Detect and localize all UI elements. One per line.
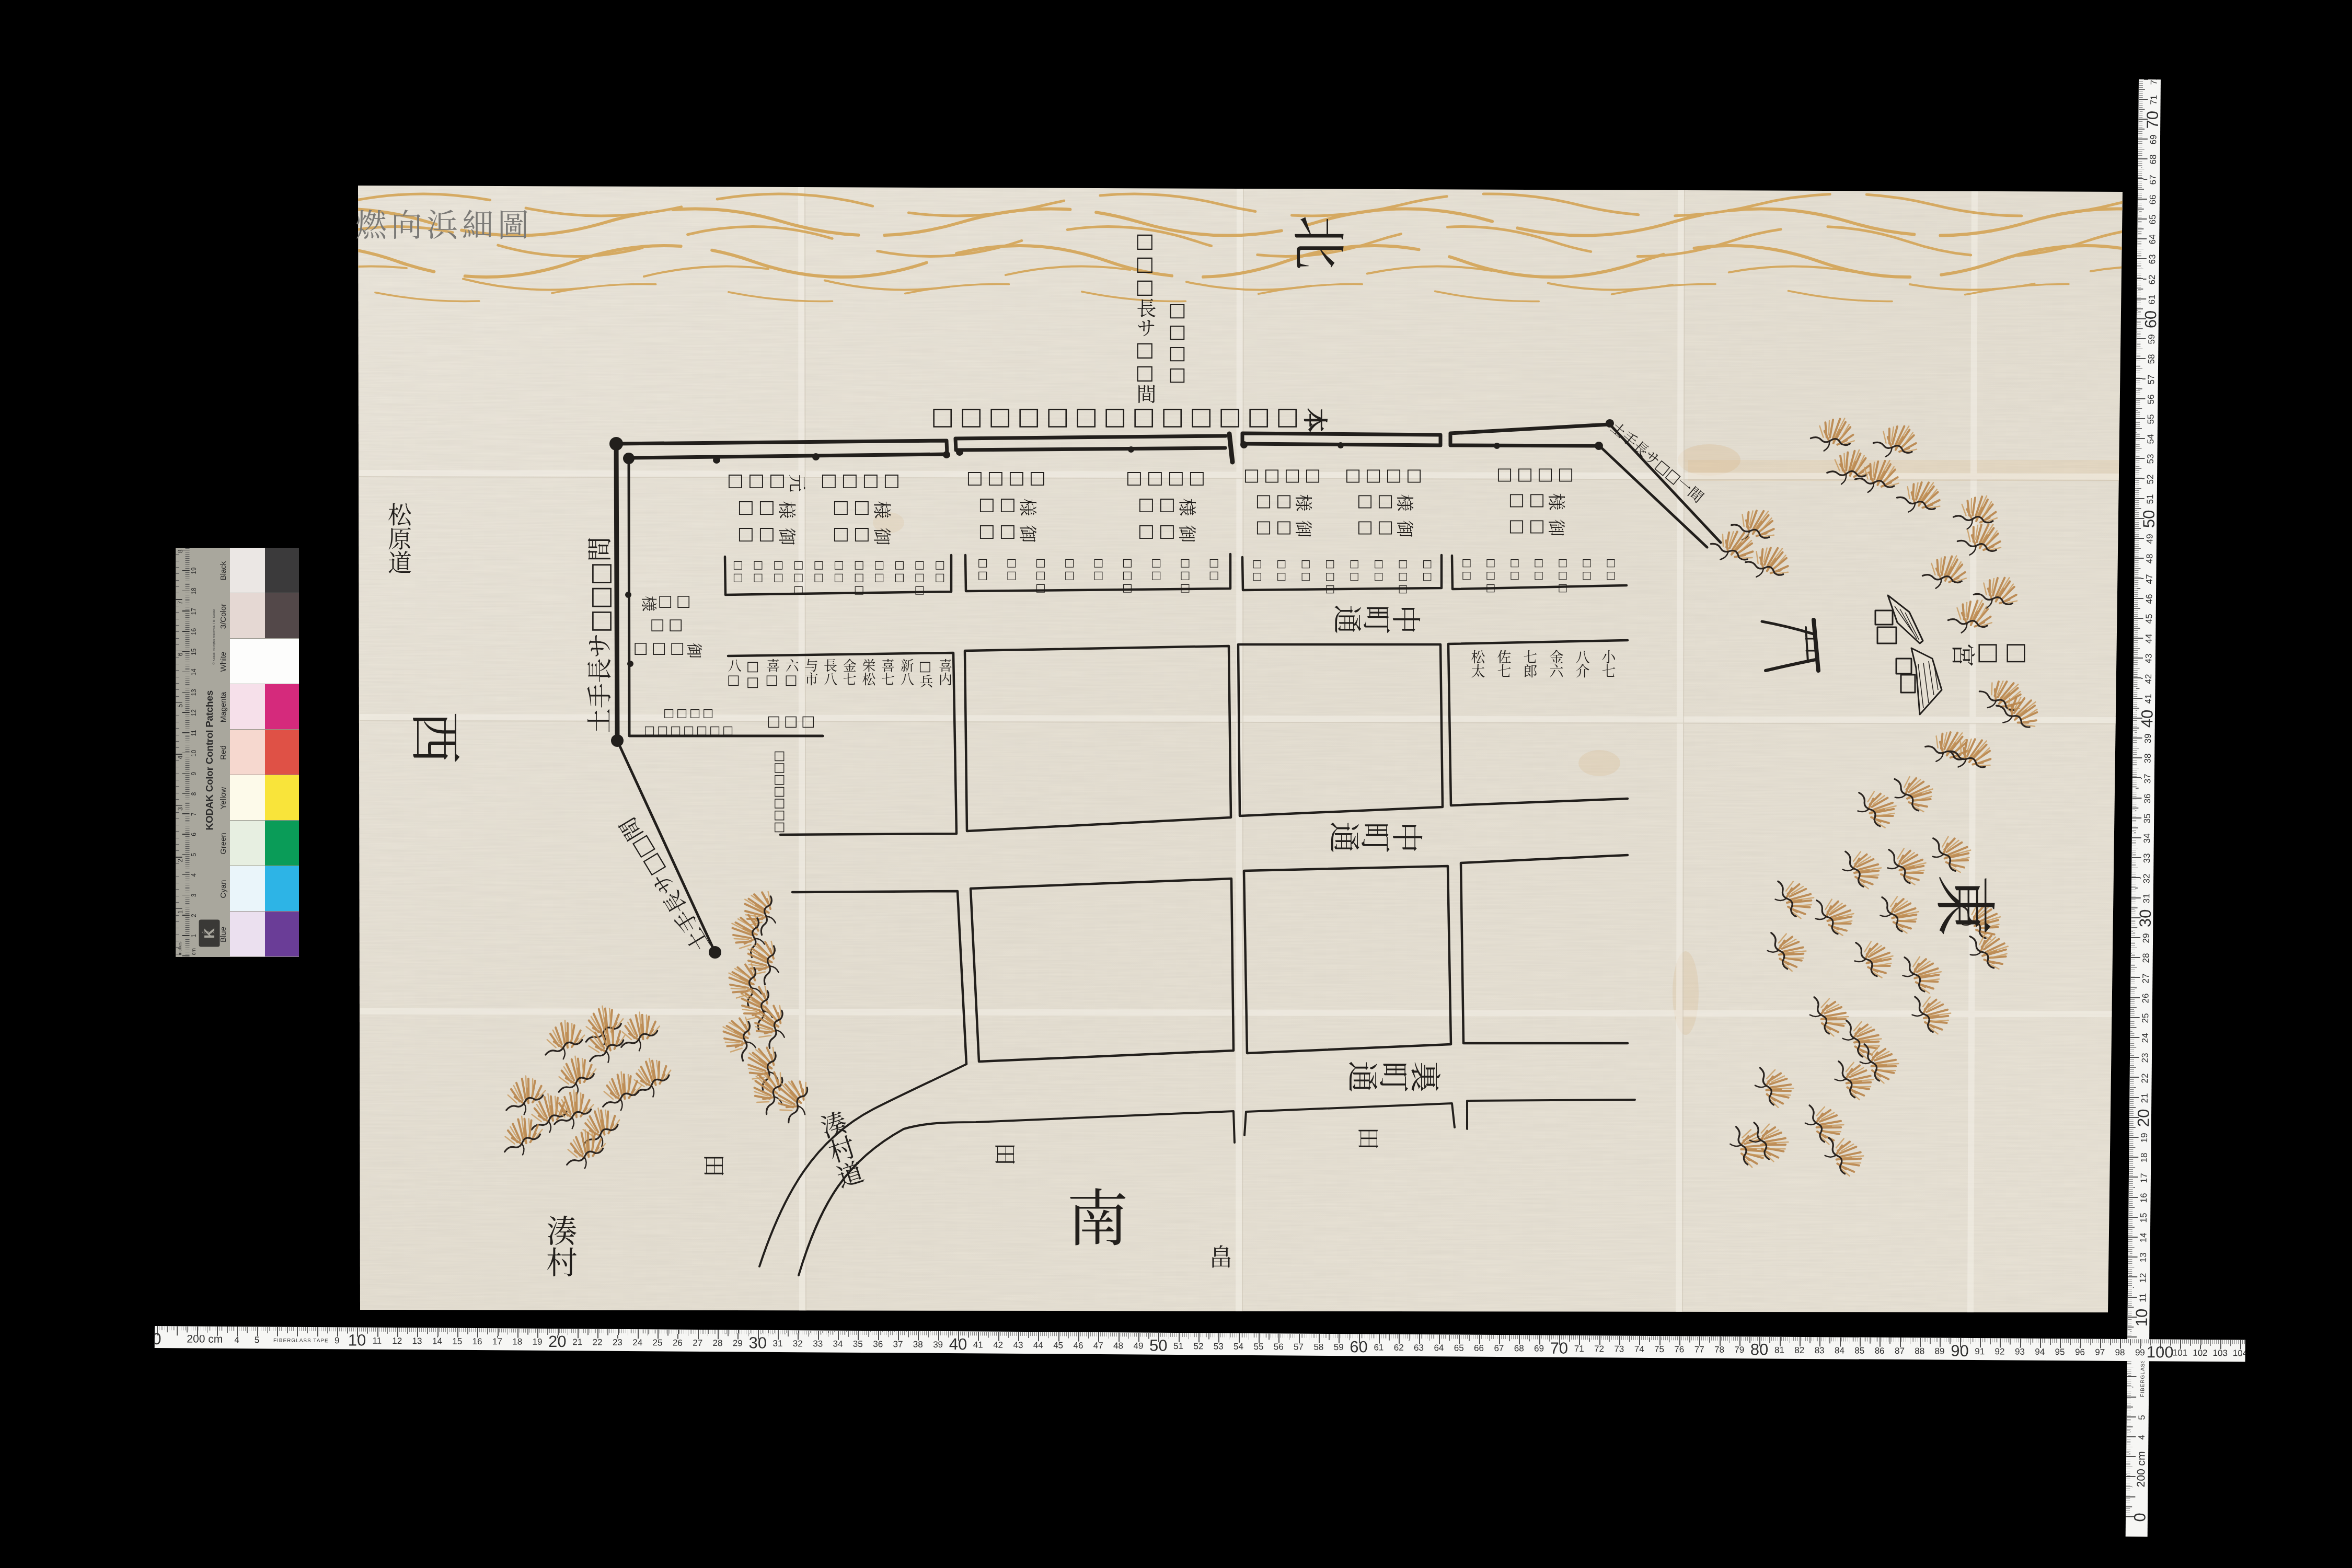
- resident-name: □□: [1006, 556, 1017, 581]
- resident-name: □□□: [1325, 557, 1335, 595]
- resident-name: 金六: [1548, 650, 1562, 678]
- street-ura-machi: 裏町通: [1347, 1058, 1442, 1090]
- tape-label: 54: [1233, 1342, 1243, 1351]
- annotation-line: 御□□: [793, 521, 929, 548]
- tape-label: 69: [2149, 135, 2158, 145]
- tape-label: 100: [2147, 1344, 2174, 1360]
- tape-label: 101: [2173, 1348, 2187, 1357]
- tape-label: 64: [1434, 1343, 1444, 1352]
- tape-label: 72: [2149, 79, 2158, 85]
- tape-label: 14: [432, 1337, 442, 1346]
- resident-name: □□□: [1398, 557, 1408, 595]
- tape-label: 21: [572, 1338, 582, 1346]
- tape-label: 50: [2141, 510, 2157, 528]
- tape-label: 60: [2142, 310, 2159, 329]
- annotation-text: □□□□: [1243, 467, 1324, 485]
- place-minato-village: 湊村: [544, 1215, 575, 1277]
- tape-label: 42: [2144, 674, 2153, 684]
- tape-label: 50: [1149, 1338, 1168, 1354]
- resident-name-list: □□□□□□□□□□□□□□□□□□□□□: [968, 556, 1228, 590]
- annotation-text: 様□□: [1255, 493, 1313, 511]
- resident-name-list: □□□□□□□□□□□□□□□□: [1455, 556, 1623, 586]
- kodak-patch-label: Yellow: [218, 775, 229, 821]
- tape-label: 42: [993, 1341, 1003, 1350]
- tape-label: 62: [1394, 1343, 1404, 1352]
- resident-name: 六□: [784, 659, 798, 688]
- annotation-line: 様□□: [1317, 489, 1453, 515]
- annotation-line: 御□□: [1317, 515, 1453, 541]
- tape-label: 34: [833, 1340, 843, 1348]
- kodak-patch-row: [230, 684, 299, 730]
- tape-label: 17: [2139, 1173, 2148, 1183]
- resident-name: □□□: [854, 558, 864, 596]
- tape-label: 30: [2137, 909, 2153, 928]
- tape-label: 40: [2139, 710, 2155, 728]
- tape-label: 22: [2140, 1073, 2149, 1083]
- tape-label: 104: [2233, 1348, 2245, 1357]
- tape-label: 52: [2146, 474, 2154, 484]
- tape-label: 38: [2143, 754, 2152, 764]
- tape-label: 49: [1133, 1341, 1143, 1350]
- annotation-line: □□様: [599, 590, 735, 613]
- resident-name: □□: [934, 558, 945, 583]
- kodak-inch-number: 7: [176, 601, 183, 604]
- annotation-text: 御□□: [1255, 519, 1313, 536]
- resident-name: □□: [773, 558, 783, 583]
- tape-label: 25: [2141, 1013, 2150, 1023]
- tape-label: 38: [913, 1340, 923, 1349]
- tape-label: 19: [533, 1338, 543, 1346]
- annotation-line: □□: [599, 613, 735, 637]
- resident-name: □□: [1461, 556, 1472, 581]
- kodak-patch-row: [230, 639, 299, 684]
- annotation-text: 様□□: [977, 497, 1037, 514]
- resident-name: 佐七: [1496, 650, 1510, 678]
- kodak-patch-light: [230, 866, 265, 911]
- tape-label: 10: [2134, 1309, 2150, 1327]
- tape-label: 84: [1835, 1346, 1844, 1355]
- annotation-text: □□□□: [965, 470, 1049, 488]
- tape-label: 24: [2141, 1033, 2150, 1043]
- tape-label: 37: [2143, 774, 2152, 783]
- annotation-line: 様□□: [1469, 488, 1605, 514]
- tape-label: 16: [472, 1337, 482, 1346]
- resident-name: 栄松: [861, 659, 874, 686]
- tape-label: 23: [613, 1338, 622, 1347]
- kodak-patch-row: [230, 593, 299, 639]
- tape-label: 13: [2139, 1253, 2148, 1263]
- resident-name: □□: [1422, 557, 1433, 582]
- kodak-patch-grid: [230, 548, 299, 957]
- resident-name: □□: [977, 556, 988, 581]
- tape-label: 58: [1313, 1343, 1323, 1352]
- annotation-line: 御□□: [1469, 514, 1605, 540]
- kodak-patch-label: Black: [218, 548, 229, 593]
- kodak-patch-dark: [265, 912, 299, 956]
- kodak-inch-number: 3: [176, 807, 183, 811]
- street-naka-machi-north: 中町通: [1333, 602, 1421, 631]
- tape-label: 55: [2147, 414, 2155, 424]
- tape-label: 5: [255, 1335, 260, 1344]
- kodak-patch-row: [230, 912, 299, 957]
- tape-label: 46: [2145, 594, 2153, 604]
- tape-label: 11: [2138, 1293, 2147, 1302]
- field-rice-1: 田: [703, 1151, 726, 1174]
- tape-label: 94: [2035, 1347, 2045, 1356]
- kodak-patch-row: [230, 730, 299, 775]
- resident-name: □□: [732, 558, 743, 583]
- annotation-text: 様□□: [832, 499, 891, 517]
- kodak-patch-light: [230, 684, 265, 729]
- tape-label: 71: [2149, 95, 2158, 105]
- tape-label: 10: [348, 1332, 366, 1348]
- tape-label: 28: [2141, 953, 2150, 963]
- tape-label: 103: [2212, 1348, 2227, 1357]
- tape-label: 71: [1574, 1344, 1584, 1353]
- kodak-patch-light: [230, 639, 265, 684]
- tape-label: 36: [2143, 793, 2152, 803]
- compass-west: 西: [410, 707, 463, 759]
- tape-label: 4: [2137, 1435, 2146, 1440]
- tape-label: 69: [1534, 1344, 1544, 1353]
- tape-label: 47: [1093, 1341, 1103, 1350]
- tape-label: 48: [2145, 554, 2154, 564]
- north-embankment-label: 本□□□□□□□□□□□□□: [930, 406, 1328, 431]
- resident-name: □□: [746, 659, 759, 690]
- kodak-patch-dark: [265, 866, 299, 911]
- tape-label: 35: [853, 1340, 863, 1348]
- resident-name: □□: [1300, 557, 1311, 582]
- resident-name: 喜七: [880, 659, 894, 686]
- resident-name: □□: [1509, 556, 1520, 581]
- kodak-inch-number: 1: [176, 910, 183, 914]
- tape-label: 61: [1374, 1343, 1383, 1352]
- tape-label: 12: [392, 1336, 402, 1345]
- tape-label: 40: [949, 1336, 967, 1352]
- tape-label: 57: [2147, 374, 2155, 384]
- tape-label: 76: [1674, 1345, 1684, 1354]
- annotation-line: □□□□: [939, 465, 1075, 492]
- residence-annotation: □□□: [724, 711, 860, 733]
- annotation-line: 御□□□: [599, 637, 735, 660]
- resident-name: □□□: [1122, 556, 1133, 594]
- field-rice-2: 田: [994, 1140, 1017, 1163]
- kodak-patch-light: [230, 593, 265, 638]
- tape-label: 53: [2146, 454, 2155, 464]
- tape-label: 75: [1654, 1345, 1664, 1354]
- tape-label: 44: [2145, 634, 2153, 644]
- tape-label: 16: [2139, 1193, 2148, 1203]
- kodak-patch-row: [230, 548, 299, 593]
- kodak-patch-label: 3/Color: [218, 593, 229, 639]
- tape-label: 87: [1895, 1346, 1905, 1355]
- west-road-note: 松原道: [386, 502, 410, 574]
- kodak-patch-dark: [265, 593, 299, 638]
- resident-name: 金七: [841, 659, 855, 686]
- kodak-card-title: KODAK Color Control Patches: [204, 690, 215, 830]
- kodak-patch-labels: Black3/ColorWhiteMagentaRedYellowGreenCy…: [218, 548, 229, 957]
- side-note: □□□□□□□: [774, 751, 787, 834]
- tape-label: 11: [373, 1336, 382, 1345]
- tape-label: 78: [1714, 1345, 1724, 1354]
- tape-label: 27: [2141, 973, 2150, 983]
- annotation-text: □□□□: [1125, 470, 1208, 488]
- tape-label: 44: [1033, 1341, 1043, 1350]
- tape-label: 68: [2149, 155, 2158, 165]
- tape-label: 55: [1253, 1342, 1263, 1351]
- tape-label: 66: [2148, 194, 2157, 204]
- kodak-patch-dark: [265, 821, 299, 866]
- tape-label: 200 cm: [2136, 1451, 2147, 1488]
- annotation-text: 様□□: [1508, 492, 1566, 510]
- residence-annotation: □□□□様□□御□□: [1317, 463, 1453, 541]
- tape-label: 86: [1875, 1346, 1885, 1355]
- tape-label: 46: [1073, 1341, 1083, 1350]
- kodak-patch-dark: [265, 684, 299, 729]
- street-naka-machi-south: 中町通: [1329, 819, 1423, 850]
- tape-label: 67: [1494, 1344, 1504, 1353]
- resident-name: □□□: [1179, 556, 1190, 594]
- annotation-line: □□□: [724, 711, 860, 733]
- resident-name: □□: [752, 558, 763, 583]
- residence-annotation: □□□□様□□御□□: [1099, 465, 1235, 545]
- tape-label: 31: [773, 1339, 783, 1348]
- resident-name-list: □□□□□□□□□□□□□□□□□□□□□□□□□: [728, 558, 950, 593]
- kodak-patch-light: [230, 912, 265, 956]
- annotation-line: 御□□: [1099, 518, 1235, 545]
- tape-label: 15: [452, 1337, 462, 1346]
- tape-label: 51: [1173, 1342, 1183, 1351]
- tape-label: FIBERGLASS TAPE: [273, 1339, 329, 1344]
- tape-label: 43: [2144, 654, 2153, 664]
- tape-label: 4: [234, 1335, 239, 1344]
- tape-label: 36: [873, 1340, 883, 1348]
- place-shrine: □□宮: [1952, 641, 2032, 665]
- tape-label: 30: [748, 1335, 767, 1351]
- tape-label: 35: [2143, 813, 2152, 823]
- kodak-patch-label: White: [218, 639, 229, 684]
- annotation-text: 御□□: [1356, 519, 1414, 536]
- tape-label: 53: [1214, 1342, 1224, 1351]
- tape-label: 58: [2147, 354, 2156, 364]
- tape-label: 43: [1013, 1341, 1023, 1350]
- tape-label: 82: [1794, 1346, 1804, 1355]
- tape-label: 65: [1454, 1343, 1464, 1352]
- tape-label: 56: [2147, 394, 2155, 404]
- tape-label: 90: [1951, 1343, 1969, 1359]
- kodak-inch-number: 5: [176, 704, 183, 708]
- tape-label: 98: [2115, 1348, 2125, 1357]
- annotation-text: 様□□: [1356, 493, 1414, 511]
- annotation-text: □□□□: [1496, 466, 1577, 483]
- resident-name: □□: [873, 558, 884, 583]
- tape-label: 25: [653, 1338, 663, 1347]
- residence-annotation: □□様□□御□□□: [599, 590, 735, 660]
- pencil-title: 燃向浜細圖: [355, 210, 533, 241]
- annotation-text: 御□□: [1137, 523, 1196, 541]
- tape-label: 60: [1350, 1339, 1368, 1355]
- kodak-patch-light: [230, 730, 265, 775]
- annotation-text: 御□□: [1508, 518, 1566, 535]
- tape-label: 48: [1113, 1341, 1123, 1350]
- tape-label: 27: [693, 1339, 702, 1347]
- resident-name: □□: [1349, 557, 1359, 582]
- tape-label: 31: [2142, 893, 2151, 903]
- annotation-line: □□□□: [1317, 463, 1453, 489]
- tape-label: 59: [2147, 335, 2156, 344]
- kodak-patch-row: [230, 775, 299, 821]
- tape-label: 77: [1694, 1345, 1704, 1354]
- tape-label: 14: [2139, 1233, 2148, 1243]
- resident-name: □兵: [918, 659, 932, 688]
- tape-label: 29: [2142, 933, 2151, 943]
- tape-label: 21: [2140, 1093, 2149, 1103]
- tape-label: 13: [412, 1336, 422, 1345]
- annotation-text: □□□□□□□: [643, 725, 735, 736]
- resident-name: □□□: [793, 558, 804, 596]
- tape-label: 72: [1594, 1344, 1604, 1353]
- tape-label: 54: [2146, 434, 2155, 444]
- tape-label: 22: [593, 1338, 603, 1347]
- tape-label: 0: [155, 1331, 162, 1347]
- kodak-patch-dark: [265, 548, 299, 593]
- annotation-line: 様□□: [793, 494, 929, 521]
- kodak-patch-dark: [265, 775, 299, 820]
- resident-name: □□: [1534, 556, 1544, 581]
- annotation-text: □□□□: [820, 472, 903, 490]
- compass-east: 東: [1935, 869, 1997, 931]
- resident-name: 松太: [1470, 650, 1484, 678]
- tape-label: 62: [2148, 274, 2157, 284]
- residence-annotation: □□□□様□□御□□: [1469, 462, 1605, 540]
- kodak-patch-light: [230, 548, 265, 593]
- tape-label: 18: [512, 1338, 522, 1346]
- kodak-copyright: © Kodak. All rights reserved. TM: Kodak: [212, 609, 215, 664]
- tape-label: 20: [548, 1333, 567, 1350]
- tape-label: 63: [2148, 255, 2157, 264]
- tape-label: 26: [673, 1339, 683, 1347]
- annotation-text: □□□□: [663, 708, 715, 719]
- resident-name: □□□: [914, 558, 925, 596]
- resident-name: □□: [1276, 557, 1287, 582]
- tape-label: 32: [2142, 873, 2151, 883]
- tape-label: 28: [713, 1339, 723, 1347]
- tape-label: 52: [1193, 1342, 1203, 1351]
- tape-label: 67: [2149, 175, 2158, 185]
- kodak-inch-number: 6: [176, 652, 183, 656]
- tape-label: 61: [2148, 294, 2157, 304]
- resident-name: 八介: [1574, 650, 1588, 678]
- kodak-ruler-band: inches cm 12345678910111213141516171819 …: [176, 548, 230, 957]
- tape-label: 66: [1474, 1344, 1484, 1353]
- kodak-patch-label: Magenta: [218, 684, 229, 730]
- tape-label: 73: [1614, 1345, 1624, 1354]
- tape-label: 57: [1294, 1342, 1304, 1351]
- tape-label: 56: [1274, 1342, 1284, 1351]
- tape-label: 32: [793, 1339, 803, 1348]
- tape-label: 95: [2055, 1347, 2065, 1356]
- tape-label: 102: [2193, 1348, 2207, 1357]
- annotation-text: 様□□: [736, 499, 796, 517]
- resident-name: □□: [813, 558, 824, 583]
- tape-label: 5: [2137, 1415, 2146, 1420]
- tape-label: 80: [1750, 1341, 1769, 1357]
- annotation-line: 様□□: [939, 492, 1075, 518]
- resident-name: □□□: [1485, 556, 1496, 594]
- tape-label: 70: [2145, 111, 2161, 129]
- tape-label: 88: [1915, 1346, 1924, 1355]
- tape-label: 33: [813, 1339, 823, 1348]
- tape-label: 97: [2095, 1348, 2105, 1357]
- kodak-band-content: inches cm 12345678910111213141516171819 …: [176, 548, 230, 957]
- tape-label: 79: [1734, 1345, 1744, 1354]
- annotation-line: □□□□: [793, 468, 929, 494]
- tape-label: 47: [2145, 574, 2154, 584]
- resident-name: 与市: [803, 659, 817, 686]
- compass-south: 南: [1062, 1186, 1123, 1248]
- tape-label: 37: [893, 1340, 903, 1348]
- resident-name: 喜内: [938, 659, 951, 686]
- tape-label: 19: [2140, 1133, 2149, 1143]
- kodak-inch-number: 8: [176, 549, 183, 553]
- resident-name-list: □□□□□□□□□□□□□□□□□□: [1245, 557, 1439, 589]
- annotation-text: □□様: [641, 594, 694, 609]
- tape-label: 29: [733, 1339, 743, 1347]
- tape-label: 20: [2135, 1109, 2151, 1127]
- kodak-patch-label: Cyan: [218, 866, 229, 912]
- field-rice-3: 田: [1357, 1124, 1380, 1147]
- tape-label: 59: [1334, 1343, 1344, 1352]
- tape-label: 24: [632, 1338, 642, 1347]
- kodak-patch-row: [230, 821, 299, 866]
- tape-label: 99: [2135, 1348, 2145, 1357]
- tape-label: 15: [2139, 1213, 2148, 1223]
- resident-name: □□: [1208, 556, 1219, 581]
- residence-annotation: □□□□様□□御□□: [793, 468, 929, 548]
- tape-label: 41: [2144, 694, 2153, 704]
- tape-label: 92: [1995, 1347, 2005, 1356]
- tape-label: 96: [2075, 1347, 2085, 1356]
- annotation-text: □□: [649, 617, 686, 633]
- tape-label: 91: [1975, 1347, 1985, 1356]
- tape-label: 18: [2140, 1153, 2149, 1163]
- resident-name: 七郎: [1522, 650, 1536, 678]
- resident-name: 喜□: [765, 659, 779, 688]
- annotation-text: 御□□□: [632, 641, 703, 656]
- tape-label: 64: [2148, 235, 2157, 245]
- kodak-patch-row: [230, 866, 299, 912]
- resident-name: □□: [833, 558, 844, 583]
- resident-name-list: 小七八介金六七郎佐七松太: [1463, 650, 1620, 684]
- compass-north: 北: [1293, 211, 1348, 266]
- tape-label: 49: [2145, 534, 2154, 544]
- kodak-patch-light: [230, 821, 265, 866]
- annotation-text: 様□□: [1137, 497, 1196, 514]
- resident-name: 小七: [1600, 650, 1615, 678]
- tape-label: 12: [2139, 1273, 2148, 1283]
- tape-label: 39: [933, 1340, 943, 1349]
- north-note-1: □□□長サ□□間: [1135, 229, 1155, 403]
- annotation-line: 御□□: [939, 518, 1075, 545]
- resident-name: 八□: [727, 659, 740, 688]
- annotation-text: □□□: [766, 714, 818, 729]
- tape-label: 74: [1634, 1345, 1644, 1354]
- tape-label: 65: [2148, 215, 2157, 225]
- kodak-patch-light: [230, 775, 265, 820]
- kodak-inch-number: 2: [176, 858, 183, 862]
- resident-name: □□: [1092, 556, 1103, 581]
- tape-label: 70: [1550, 1340, 1569, 1356]
